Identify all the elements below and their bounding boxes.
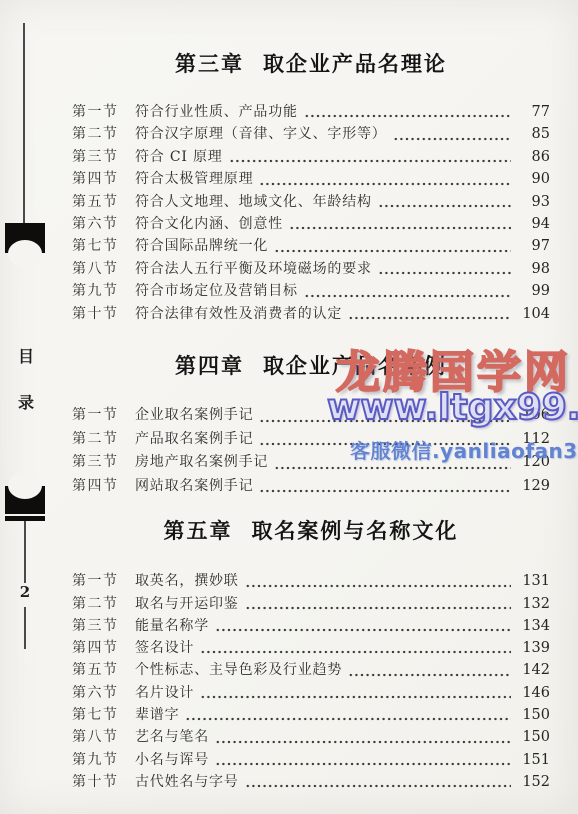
toc-entry-row: 第七节 符合国际品牌统一化 97	[72, 235, 550, 257]
section-no: 第八节	[72, 258, 135, 278]
dot-leader	[245, 783, 511, 789]
section-page: 104	[516, 306, 550, 322]
dot-leader	[229, 158, 511, 164]
margin-title-char-1: 目	[18, 344, 34, 367]
section-title: 符合文化内涵、创意性	[135, 213, 283, 233]
chapter-title-text: 取企业产品名案例	[263, 353, 447, 378]
section-title: 符合行业性质、产品功能	[135, 101, 298, 121]
toc-chapter: 第三章取企业产品名理论 第一节 符合行业性质、产品功能 77 第二节 符合汉字原…	[72, 50, 550, 325]
dot-leader	[348, 672, 511, 678]
toc-entry-row: 第六节 符合文化内涵、创意性 94	[72, 213, 550, 235]
toc-entry-row: 第八节 艺名与笔名 150	[72, 726, 550, 748]
section-title: 网站取名案例手记	[135, 475, 253, 495]
section-page: 129	[516, 478, 550, 494]
section-no: 第六节	[72, 213, 135, 233]
section-no: 第五节	[72, 191, 135, 211]
dot-leader	[378, 270, 511, 276]
toc-entry-row: 第六节 名片设计 146	[72, 682, 550, 704]
dot-leader	[304, 293, 511, 299]
dot-leader	[393, 136, 511, 142]
section-page: 134	[516, 618, 550, 634]
section-title: 辈谱字	[135, 704, 179, 724]
chapter-title-text: 取企业产品名理论	[263, 51, 447, 76]
fishtail-ornament-bottom	[5, 486, 45, 514]
chapter-rows: 第一节 符合行业性质、产品功能 77 第二节 符合汉字原理（音律、字义、字形等）…	[72, 101, 550, 325]
section-no: 第四节	[72, 475, 135, 495]
section-no: 第四节	[72, 168, 135, 188]
section-page: 132	[516, 596, 550, 612]
chapter-rows: 第一节 取英名，撰妙联 131 第二节 取名与开运印鉴 132 第三节 能量名称…	[72, 570, 550, 793]
section-no: 第七节	[72, 235, 135, 255]
dot-leader	[304, 113, 511, 119]
section-no: 第八节	[72, 726, 135, 746]
section-page: 120	[516, 454, 550, 470]
section-page: 98	[516, 261, 550, 277]
dot-leader	[200, 649, 511, 655]
chapter-heading: 第三章取企业产品名理论	[72, 50, 550, 78]
section-title: 符合人文地理、地域文化、年龄结构	[135, 191, 372, 211]
chapter-heading: 第四章取企业产品名案例	[72, 352, 550, 380]
dot-leader	[378, 203, 511, 209]
toc-entry-row: 第二节 产品取名案例手记 112	[72, 428, 550, 452]
chapter-number-label: 第三章	[175, 51, 244, 76]
dot-leader	[215, 627, 511, 633]
toc-entry-row: 第八节 符合法人五行平衡及环境磁场的要求 98	[72, 258, 550, 280]
dot-leader	[274, 248, 511, 254]
section-no: 第三节	[72, 615, 135, 635]
section-page: 150	[516, 707, 550, 723]
chapter-number-label: 第四章	[175, 353, 244, 378]
section-no: 第六节	[72, 682, 135, 702]
chapter-title-text: 取名案例与名称文化	[251, 518, 458, 543]
fishtail-ornament-top	[5, 223, 45, 253]
spine-rule-middle	[24, 521, 26, 583]
section-no: 第一节	[72, 404, 135, 424]
section-title: 古代姓名与字号	[135, 771, 239, 791]
chapter-number-label: 第五章	[164, 518, 233, 543]
section-page: 93	[516, 194, 550, 210]
section-page: 106	[516, 407, 550, 423]
section-title: 符合 CI 原理	[135, 146, 223, 166]
section-no: 第一节	[72, 570, 135, 590]
section-title: 产品取名案例手记	[135, 428, 253, 448]
section-page: 151	[516, 752, 550, 768]
section-no: 第二节	[72, 593, 135, 613]
margin-title-char-2: 录	[18, 390, 34, 413]
section-no: 第十节	[72, 303, 135, 323]
section-title: 符合汉字原理（音律、字义、字形等）	[135, 123, 387, 143]
chapter-heading: 第五章取名案例与名称文化	[72, 517, 550, 545]
toc-entry-row: 第九节 符合市场定位及营销目标 99	[72, 280, 550, 302]
toc-entry-row: 第二节 取名与开运印鉴 132	[72, 593, 550, 615]
toc-chapter: 第五章取名案例与名称文化 第一节 取英名，撰妙联 131 第二节 取名与开运印鉴…	[72, 517, 550, 793]
dot-leader	[259, 181, 511, 187]
section-title: 签名设计	[135, 637, 194, 657]
toc-entry-row: 第一节 取英名，撰妙联 131	[72, 570, 550, 592]
section-page: 90	[516, 171, 550, 187]
section-title: 符合法律有效性及消费者的认定	[135, 303, 342, 323]
spine-rule-bottom	[24, 607, 26, 649]
section-page: 85	[516, 126, 550, 142]
dot-leader	[185, 716, 511, 722]
dot-leader	[259, 441, 511, 447]
dot-leader	[245, 605, 511, 611]
toc-entry-row: 第四节 符合太极管理原理 90	[72, 168, 550, 190]
dot-leader	[289, 225, 511, 231]
section-title: 名片设计	[135, 682, 194, 702]
section-title: 企业取名案例手记	[135, 404, 253, 424]
dot-leader	[245, 583, 511, 589]
section-title: 能量名称学	[135, 615, 209, 635]
section-title: 小名与诨号	[135, 749, 209, 769]
section-no: 第九节	[72, 749, 135, 769]
toc-entry-row: 第十节 古代姓名与字号 152	[72, 771, 550, 793]
section-no: 第九节	[72, 280, 135, 300]
section-page: 146	[516, 685, 550, 701]
toc-entry-row: 第三节 能量名称学 134	[72, 615, 550, 637]
section-no: 第七节	[72, 704, 135, 724]
section-title: 房地产取名案例手记	[135, 451, 268, 471]
section-page: 150	[516, 729, 550, 745]
toc-entry-row: 第五节 符合人文地理、地域文化、年龄结构 93	[72, 191, 550, 213]
section-title: 符合法人五行平衡及环境磁场的要求	[135, 258, 372, 278]
dot-leader	[200, 694, 511, 700]
section-page: 97	[516, 238, 550, 254]
section-page: 131	[516, 573, 550, 589]
dot-leader	[259, 488, 511, 494]
toc-entry-row: 第二节 符合汉字原理（音律、字义、字形等） 85	[72, 123, 550, 145]
toc-entry-row: 第十节 符合法律有效性及消费者的认定 104	[72, 303, 550, 325]
section-title: 艺名与笔名	[135, 726, 209, 746]
dot-leader	[215, 761, 511, 767]
section-title: 取名与开运印鉴	[135, 593, 239, 613]
page-number: 2	[14, 583, 36, 601]
toc-chapter: 第四章取企业产品名案例 第一节 企业取名案例手记 106 第二节 产品取名案例手…	[72, 352, 550, 498]
toc-entry-row: 第一节 符合行业性质、产品功能 77	[72, 101, 550, 123]
dot-leader	[274, 465, 511, 471]
toc-entry-row: 第四节 网站取名案例手记 129	[72, 475, 550, 499]
section-no: 第一节	[72, 101, 135, 121]
section-no: 第二节	[72, 123, 135, 143]
section-no: 第二节	[72, 428, 135, 448]
margin-title: 目 录	[14, 344, 38, 413]
toc-entry-row: 第三节 房地产取名案例手记 120	[72, 451, 550, 475]
dot-leader	[215, 739, 511, 745]
section-page: 139	[516, 640, 550, 656]
section-title: 符合太极管理原理	[135, 168, 253, 188]
section-page: 86	[516, 149, 550, 165]
toc-entry-row: 第九节 小名与诨号 151	[72, 749, 550, 771]
toc-entry-row: 第一节 企业取名案例手记 106	[72, 404, 550, 428]
section-title: 取英名，撰妙联	[135, 570, 239, 590]
table-of-contents: 第三章取企业产品名理论 第一节 符合行业性质、产品功能 77 第二节 符合汉字原…	[72, 0, 550, 793]
section-no: 第五节	[72, 659, 135, 679]
toc-entry-row: 第三节 符合 CI 原理 86	[72, 146, 550, 168]
section-page: 77	[516, 104, 550, 120]
section-page: 142	[516, 662, 550, 678]
toc-entry-row: 第四节 签名设计 139	[72, 637, 550, 659]
toc-entry-row: 第七节 辈谱字 150	[72, 704, 550, 726]
toc-entry-row: 第五节 个性标志、主导色彩及行业趋势 142	[72, 659, 550, 681]
section-no: 第十节	[72, 771, 135, 791]
section-no: 第三节	[72, 451, 135, 471]
chapter-rows: 第一节 企业取名案例手记 106 第二节 产品取名案例手记 112 第三节 房地…	[72, 404, 550, 498]
section-title: 符合国际品牌统一化	[135, 235, 268, 255]
dot-leader	[348, 315, 511, 321]
dot-leader	[259, 418, 511, 424]
spine-rule-top	[23, 23, 25, 223]
section-page: 112	[516, 431, 550, 447]
section-no: 第三节	[72, 146, 135, 166]
section-title: 个性标志、主导色彩及行业趋势	[135, 659, 342, 679]
section-no: 第四节	[72, 637, 135, 657]
section-page: 152	[516, 774, 550, 790]
section-title: 符合市场定位及营销目标	[135, 280, 298, 300]
section-page: 99	[516, 283, 550, 299]
section-page: 94	[516, 216, 550, 232]
